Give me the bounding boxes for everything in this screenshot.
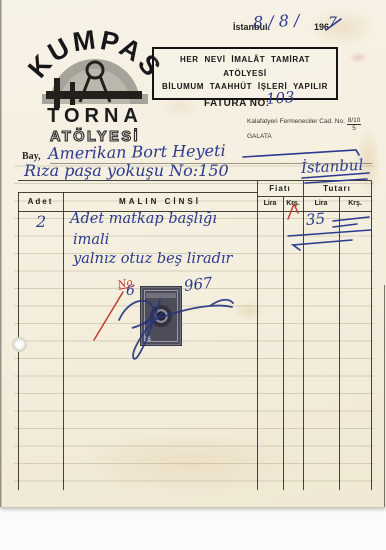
address-no-fraction: 8/10 5	[347, 117, 362, 132]
invoice-paper: KUMPAS TORNA ATÖLYESİ İstanbul. 8 / 8 / …	[0, 0, 386, 507]
row-total-lira: 35	[305, 209, 326, 229]
services-line-2: BİLUMUM TAAHHÜT İŞLERİ YAPILIR	[156, 80, 334, 94]
workshop-logo: KUMPAS TORNA ATÖLYESİ	[16, 12, 174, 145]
col-header-qty: Adet	[18, 197, 63, 206]
scanned-invoice-page: KUMPAS TORNA ATÖLYESİ İstanbul. 8 / 8 / …	[0, 0, 386, 550]
printed-year: 196	[314, 22, 329, 32]
address-street: Kalafatyeri Fermeneciler Cad. No.	[247, 118, 345, 125]
table-gridline	[18, 192, 257, 193]
revenue-stamp: 25	[140, 286, 182, 346]
logo-caliper-jaw	[70, 82, 75, 105]
handwritten-stamp-date-right: 967	[183, 274, 214, 295]
col-header-goods: MALIN CİNSİ	[63, 197, 257, 206]
subheader-lira-total: Lira	[303, 200, 339, 207]
services-box: HER NEVİ İMALÂT TAMİRAT ATÖLYESİ BİLUMUM…	[152, 47, 338, 100]
invoice-no-label: FATURA NO:	[204, 98, 270, 109]
table-gridline	[371, 181, 372, 490]
table-gridline	[18, 180, 372, 181]
row-qty: 2	[36, 212, 46, 231]
table-gridline	[283, 196, 284, 490]
col-header-total: Tutarı	[303, 184, 371, 193]
table-gridline	[257, 181, 258, 490]
invoice-no-value: 103	[265, 88, 295, 108]
punch-hole	[12, 337, 27, 352]
company-address: Kalafatyeri Fermeneciler Cad. No. 8/10 5…	[247, 117, 361, 142]
scan-edge	[384, 285, 386, 507]
table-gridline	[339, 196, 340, 490]
table-gridline	[257, 196, 372, 197]
stamp-top-band	[146, 293, 176, 298]
logo-emblem: KUMPAS	[16, 12, 174, 108]
col-header-price: Fiatı	[257, 184, 303, 193]
handwritten-year: 7	[328, 15, 337, 31]
address-no-bottom: 5	[347, 125, 362, 132]
table-gridline	[303, 181, 304, 490]
subheader-krs-price: Krş.	[283, 200, 303, 207]
address-street-line: Kalafatyeri Fermeneciler Cad. No. 8/10 5	[247, 117, 361, 132]
subheader-krs-total: Krş.	[339, 200, 371, 207]
stamp-rosette	[150, 305, 172, 327]
address-district: GALATA	[247, 132, 361, 142]
logo-title: TORNA	[16, 105, 174, 128]
table-gridline	[63, 192, 64, 490]
recipient-city: İstanbul	[301, 156, 364, 177]
subheader-lira-price: Lira	[257, 200, 283, 207]
handwritten-day-month: 8 / 8 /	[253, 11, 300, 32]
services-line-1: HER NEVİ İMALÂT TAMİRAT ATÖLYESİ	[156, 53, 334, 80]
row-desc-line2: imali	[73, 232, 109, 248]
logo-caliper-jaw	[54, 78, 60, 108]
recipient-name: Amerikan Bort Heyeti	[48, 141, 226, 163]
logo-caliper-beam	[46, 91, 142, 99]
address-no-top: 8/10	[347, 117, 362, 125]
scan-edge	[0, 0, 2, 507]
handwritten-stamp-date-left: 6	[126, 283, 135, 299]
paper-stain	[346, 50, 370, 65]
recipient-rule-line	[50, 163, 372, 164]
row-desc-line3: yalnız otuz beş liradır	[73, 251, 232, 267]
row-desc-line1: Adet matkap başlığı	[70, 211, 217, 227]
stamp-value: 25	[144, 337, 151, 343]
